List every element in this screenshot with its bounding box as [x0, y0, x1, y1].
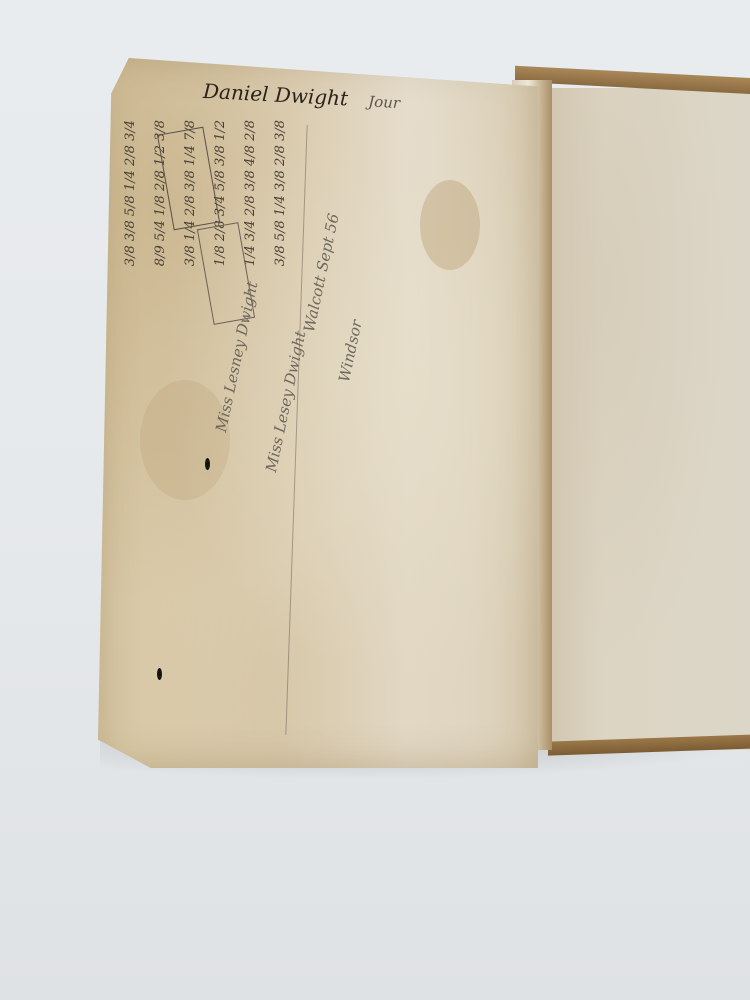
ink-spot	[157, 668, 162, 680]
right-endpaper	[540, 88, 750, 750]
ledger-column: 3/8 3/8 5/8 1/4 2/8 3/4	[118, 120, 143, 266]
ledger-column: 3/8 5/8 1/4 3/8 2/8 3/8	[268, 120, 293, 266]
foxing-stain	[420, 180, 480, 270]
ink-spot	[205, 458, 210, 470]
